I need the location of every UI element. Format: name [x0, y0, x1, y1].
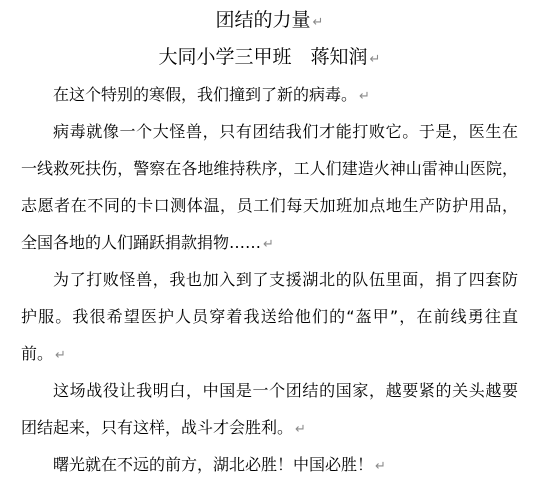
essay-byline: 大同小学三甲班 蒋知润↵ [21, 39, 518, 76]
text-line: 团结起来，只有这样，战斗才会胜利。↵ [21, 409, 518, 446]
line-text: 团结起来，只有这样，战斗才会胜利。 [21, 418, 293, 437]
text-line: 病毒就像一个大怪兽，只有团结我们才能打败它。于是，医生在 [21, 113, 518, 150]
line-text: 大同小学三甲班 蒋知润 [159, 46, 368, 68]
paragraph-mark-icon: ↵ [359, 78, 370, 113]
text-line: 护服。我很希望医护人员穿着我送给他们的“盔甲”，在前线勇往直 [21, 298, 518, 335]
line-text: 这场战役让我明白，中国是一个团结的国家，越要紧的关头越要 [53, 381, 518, 400]
line-text: 病毒就像一个大怪兽，只有团结我们才能打败它。于是，医生在 [53, 122, 518, 141]
line-text: 团结的力量 [216, 9, 311, 31]
document-page: 团结的力量↵大同小学三甲班 蒋知润↵在这个特别的寒假，我们撞到了新的病毒。↵病毒… [21, 2, 518, 483]
text-line: 前。↵ [21, 335, 518, 372]
paragraph-mark-icon: ↵ [370, 41, 381, 76]
line-text: 前。 [21, 344, 53, 363]
text-line: 这场战役让我明白，中国是一个团结的国家，越要紧的关头越要 [21, 372, 518, 409]
text-line: 为了打败怪兽，我也加入到了支援湖北的队伍里面，捐了四套防 [21, 261, 518, 298]
line-text: 护服。我很希望医护人员穿着我送给他们的“盔甲”，在前线勇往直 [21, 307, 518, 326]
text-line: 一线救死扶伤，警察在各地维持秩序，工人们建造火神山雷神山医院， [21, 150, 518, 187]
text-line: 全国各地的人们踊跃捐款捐物……↵ [21, 224, 518, 261]
line-text: 一线救死扶伤，警察在各地维持秩序，工人们建造火神山雷神山医院， [21, 159, 518, 178]
line-text: 全国各地的人们踊跃捐款捐物…… [21, 233, 261, 252]
paragraph-mark-icon: ↵ [375, 448, 386, 483]
text-line: 在这个特别的寒假，我们撞到了新的病毒。↵ [21, 76, 518, 113]
paragraph-mark-icon: ↵ [295, 411, 306, 446]
paragraph-mark-icon: ↵ [263, 226, 274, 261]
text-line: 曙光就在不远的前方，湖北必胜！中国必胜！↵ [21, 446, 518, 483]
text-line: 志愿者在不同的卡口测体温，员工们每天加班加点地生产防护用品， [21, 187, 518, 224]
essay-title: 团结的力量↵ [21, 2, 518, 39]
line-text: 为了打败怪兽，我也加入到了支援湖北的队伍里面，捐了四套防 [53, 270, 518, 289]
line-text: 曙光就在不远的前方，湖北必胜！中国必胜！ [53, 455, 373, 474]
line-text: 在这个特别的寒假，我们撞到了新的病毒。 [53, 85, 357, 104]
paragraph-mark-icon: ↵ [55, 337, 66, 372]
line-text: 志愿者在不同的卡口测体温，员工们每天加班加点地生产防护用品， [21, 196, 518, 215]
paragraph-mark-icon: ↵ [313, 4, 324, 39]
